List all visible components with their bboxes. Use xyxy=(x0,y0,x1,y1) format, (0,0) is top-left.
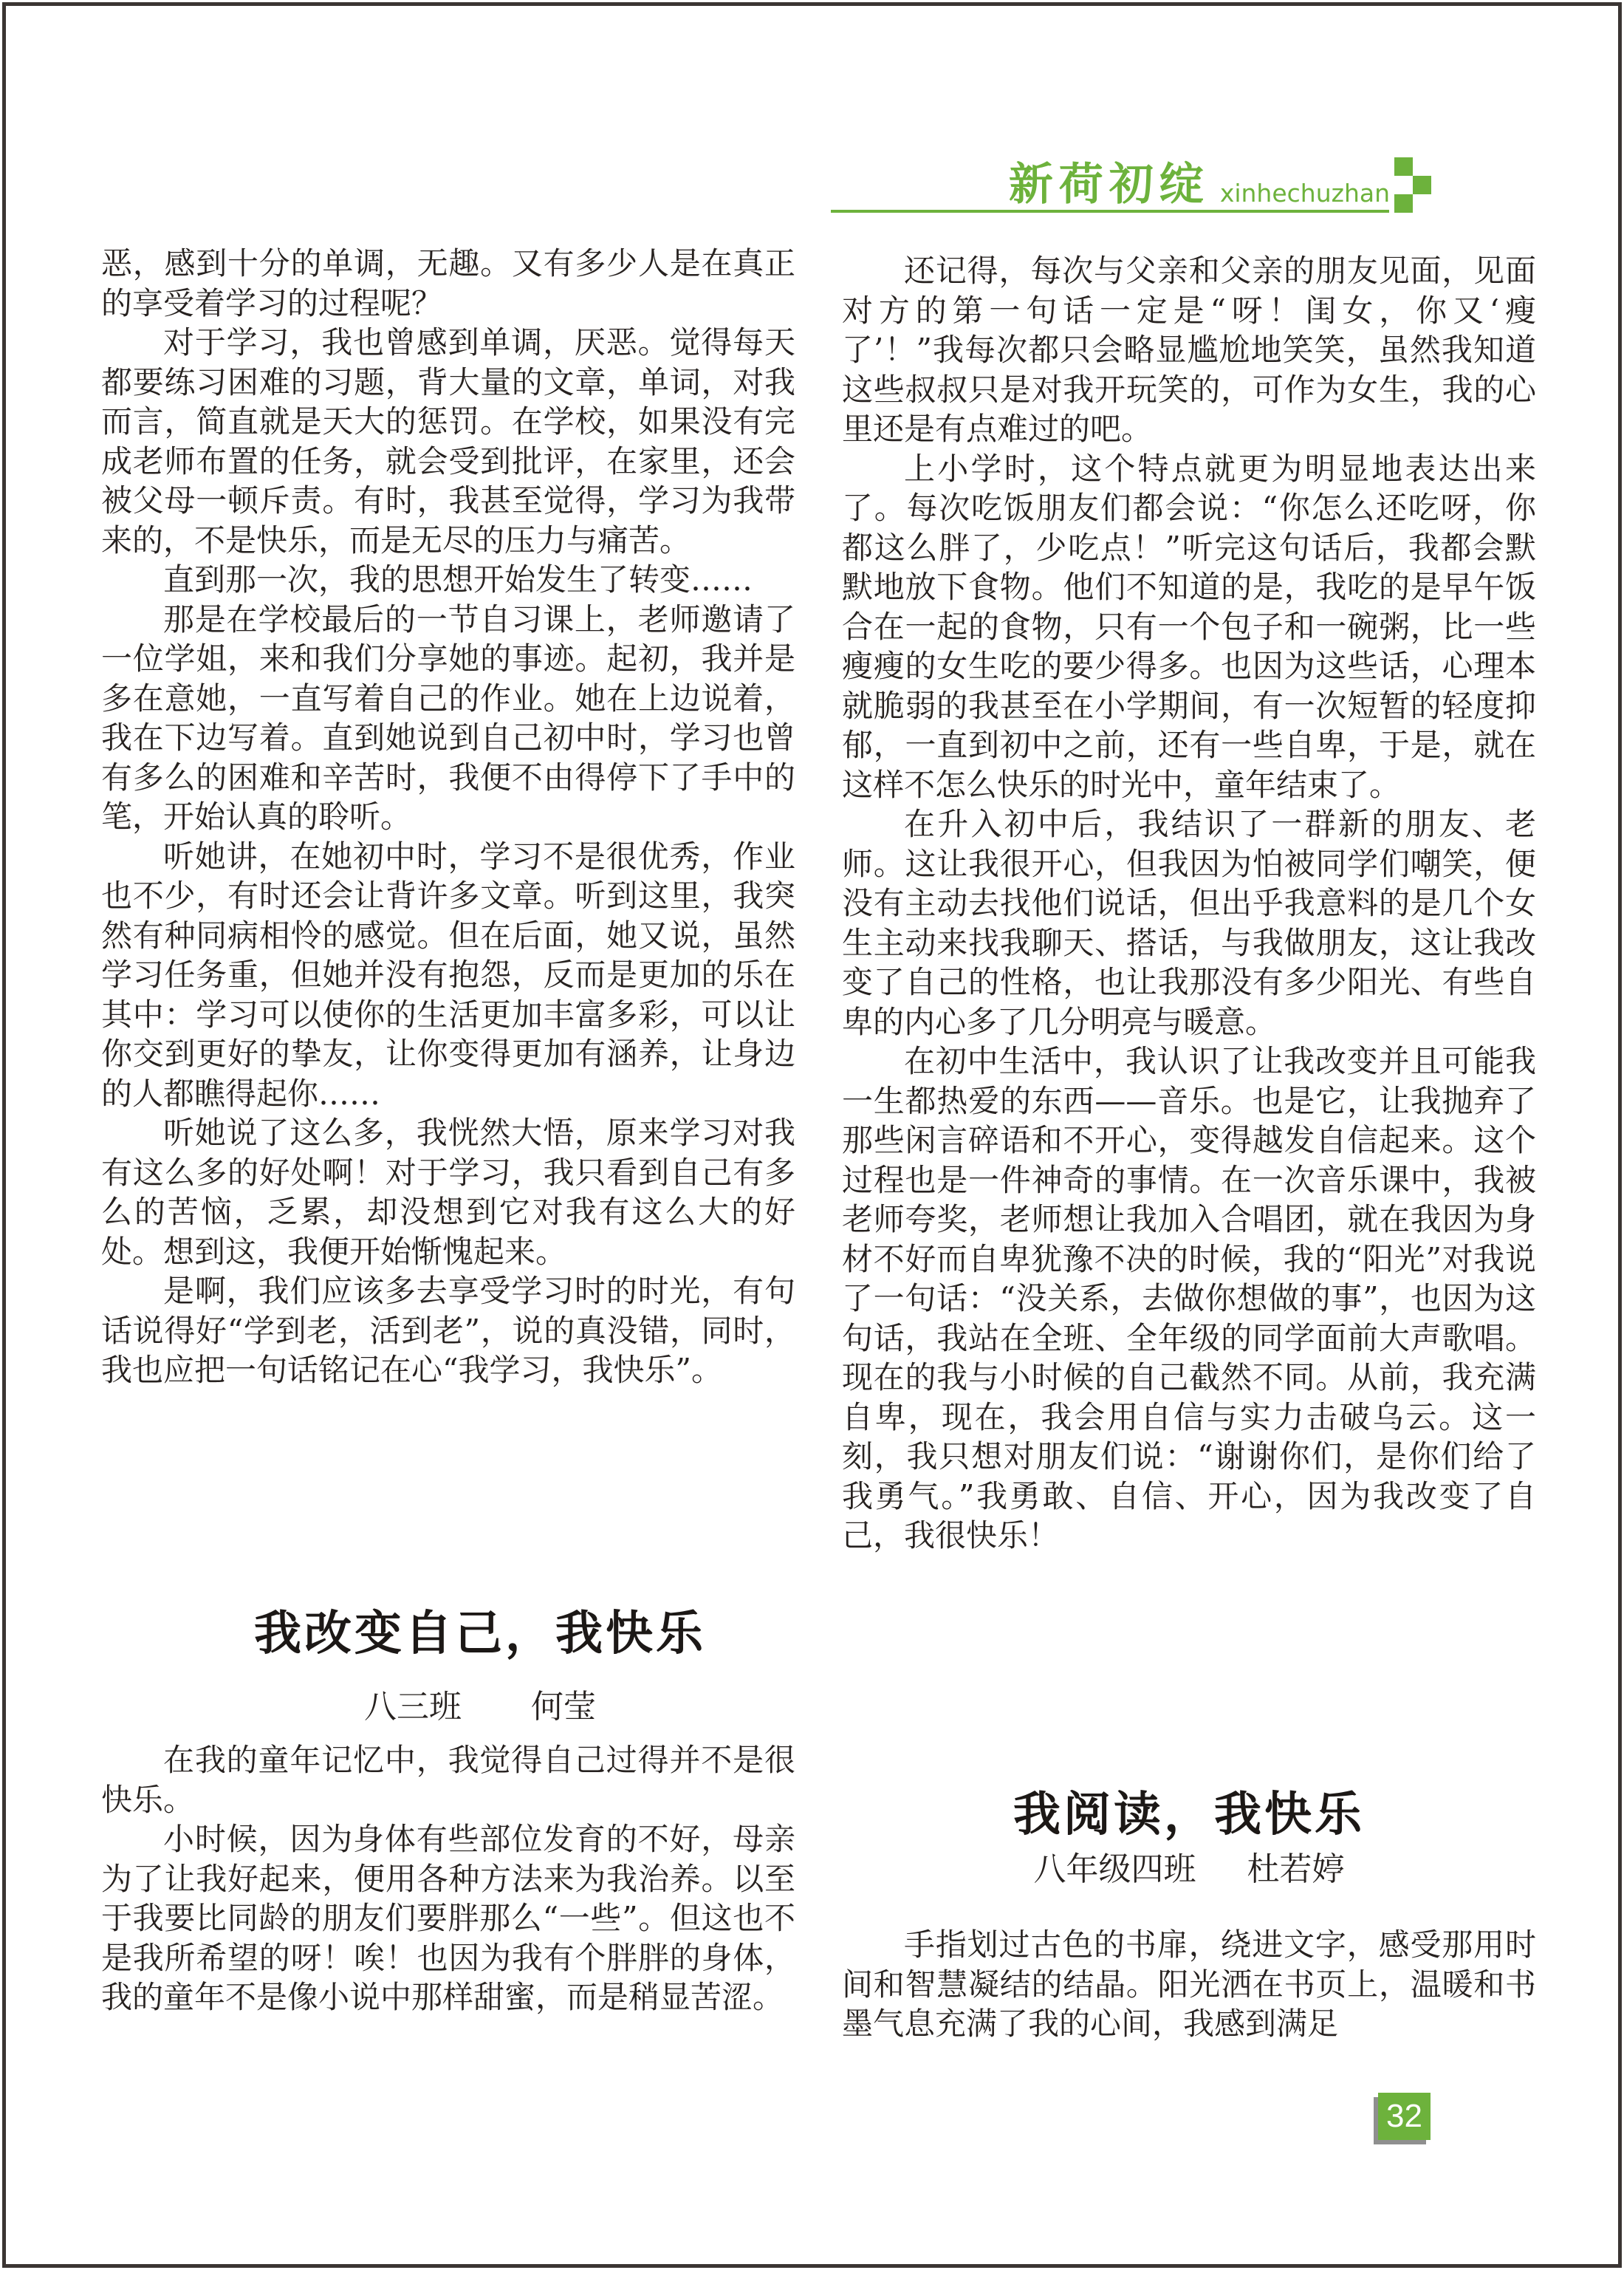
essay1-class: 八三班 xyxy=(364,1688,462,1726)
essay2-byline: 八年级四班 杜若婷 xyxy=(842,1850,1536,1890)
header-brand: 新荷初绽 xinhechuzhan xyxy=(831,148,1390,207)
paragraph: 在初中生活中，我认识了让我改变并且可能我一生都热爱的东西——音乐。也是它，让我抛… xyxy=(842,1042,1536,1556)
page-number-badge: 32 xyxy=(1378,2093,1431,2140)
paragraph: 小时候，因为身体有些部位发育的不好，母亲为了让我好起来，便用各种方法来为我治养。… xyxy=(101,1819,795,2017)
magazine-page: 新荷初绽 xinhechuzhan 恶，感到十分的单调，无趣。又有多少人是在真正… xyxy=(0,0,1624,2270)
paragraph: 在升入初中后，我结识了一群新的朋友、老师。这让我很开心，但我因为怕被同学们嘲笑，… xyxy=(842,804,1536,1042)
paragraph: 手指划过古色的书扉，绕进文字，感受那用时间和智慧凝结的结晶。阳光洒在书页上，温暖… xyxy=(842,1925,1536,2044)
paragraph: 在我的童年记忆中，我觉得自己过得并不是很快乐。 xyxy=(101,1740,795,1819)
essay1-title: 我改变自己，我快乐 xyxy=(133,1607,827,1661)
essay1-body: 在我的童年记忆中，我觉得自己过得并不是很快乐。 小时候，因为身体有些部位发育的不… xyxy=(101,1740,795,2017)
essay2-body: 手指划过古色的书扉，绕进文字，感受那用时间和智慧凝结的结晶。阳光洒在书页上，温暖… xyxy=(842,1925,1536,2044)
paragraph: 恶，感到十分的单调，无趣。又有多少人是在真正的享受着学习的过程呢？ xyxy=(101,244,795,323)
brand-squares-icon xyxy=(1394,157,1433,213)
essay1-author: 何莹 xyxy=(531,1688,596,1726)
page-number: 32 xyxy=(1386,2098,1422,2135)
paragraph: 是啊，我们应该多去享受学习时的时光，有句话说得好“学到老，活到老”，说的真没错，… xyxy=(101,1271,795,1390)
square-icon xyxy=(1394,157,1413,176)
right-column-continuation: 还记得，每次与父亲和父亲的朋友见面，见面对方的第一句话一定是“呀！闺女，你又‘瘦… xyxy=(842,251,1536,1556)
essay2-class: 八年级四班 xyxy=(1034,1850,1196,1888)
essay2-author: 杜若婷 xyxy=(1247,1850,1345,1888)
paragraph: 直到那一次，我的思想开始发生了转变…… xyxy=(101,560,795,600)
brand-title: 新荷初绽 xyxy=(1009,163,1210,207)
paragraph: 对于学习，我也曾感到单调，厌恶。觉得每天都要练习困难的习题，背大量的文章，单词，… xyxy=(101,323,795,560)
square-icon xyxy=(1413,176,1431,194)
paragraph: 还记得，每次与父亲和父亲的朋友见面，见面对方的第一句话一定是“呀！闺女，你又‘瘦… xyxy=(842,251,1536,449)
paragraph: 上小学时，这个特点就更为明显地表达出来了。每次吃饭朋友们都会说：“你怎么还吃呀，… xyxy=(842,449,1536,805)
paragraph: 听她说了这么多，我恍然大悟，原来学习对我有这么多的好处啊！对于学习，我只看到自己… xyxy=(101,1113,795,1271)
square-icon xyxy=(1394,194,1413,213)
essay1-byline: 八三班 何莹 xyxy=(133,1688,827,1727)
paragraph: 那是在学校最后的一节自习课上，老师邀请了一位学姐，来和我们分享她的事迹。起初，我… xyxy=(101,600,795,837)
brand-pinyin: xinhechuzhan xyxy=(1220,181,1390,205)
left-column-continuation: 恶，感到十分的单调，无趣。又有多少人是在真正的享受着学习的过程呢？ 对于学习，我… xyxy=(101,244,795,1390)
brand-underline xyxy=(831,210,1389,213)
paragraph: 听她讲，在她初中时，学习不是很优秀，作业也不少，有时还会让背许多文章。听到这里，… xyxy=(101,837,795,1114)
essay2-title: 我阅读，我快乐 xyxy=(842,1788,1536,1842)
